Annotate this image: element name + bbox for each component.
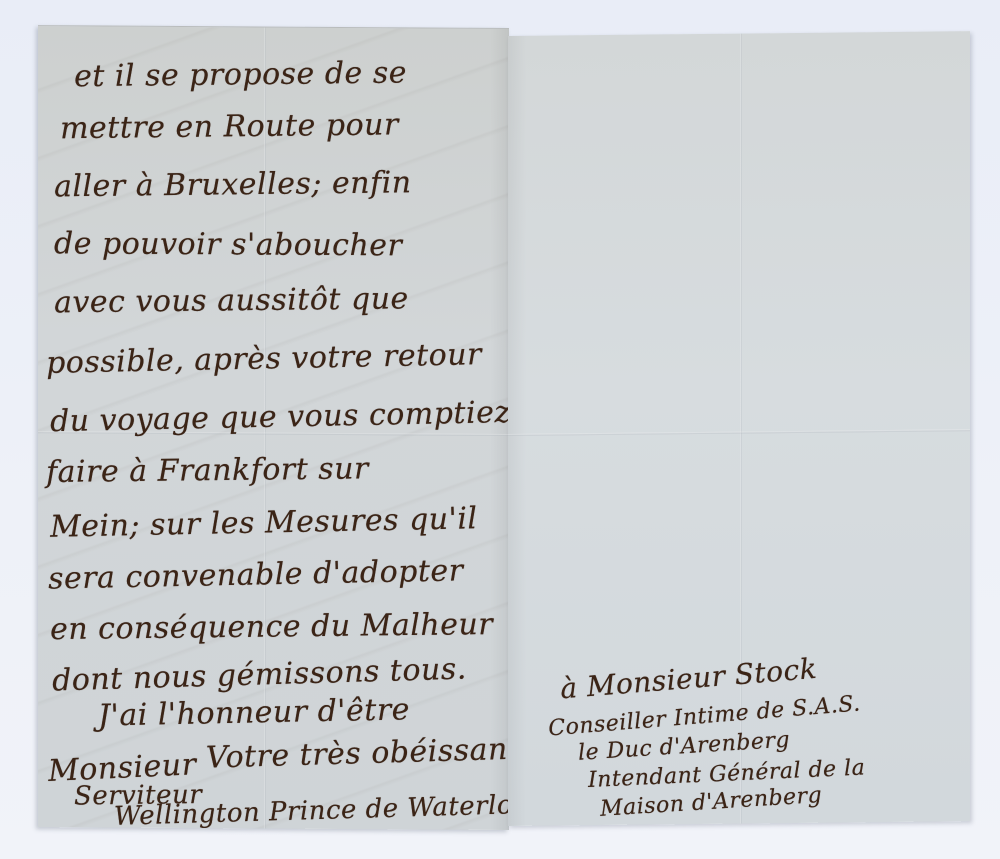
closing-line: Votre très obéissant [205, 732, 509, 776]
letter-line: faire à Frankfort sur [46, 451, 369, 490]
left-page: et il se propose de se mettre en Route p… [38, 25, 509, 830]
letter-line: possible, après votre retour [46, 337, 483, 381]
letter-line: du voyage que vous comptiez [50, 395, 509, 439]
right-page: à Monsieur Stock Conseiller Intime de S.… [508, 31, 970, 826]
fold-crease-horizontal [508, 429, 970, 436]
closing-line: J'ai l'honneur d'être [98, 692, 411, 733]
letter-line: mettre en Route pour [60, 107, 399, 146]
letter-line: avec vous aussitôt que [54, 281, 409, 320]
letter-line: de pouvoir s'aboucher [54, 226, 402, 263]
letter-photo: et il se propose de se mettre en Route p… [0, 0, 1000, 859]
letter-line: sera convenable d'adopter [48, 553, 464, 596]
letter-line: aller à Bruxelles; enfin [54, 165, 412, 204]
letter-line: Mein; sur les Mesures qu'il [50, 501, 478, 545]
letter-line: et il se propose de se [74, 55, 408, 94]
letter-line: en conséquence du Malheur [50, 607, 494, 647]
